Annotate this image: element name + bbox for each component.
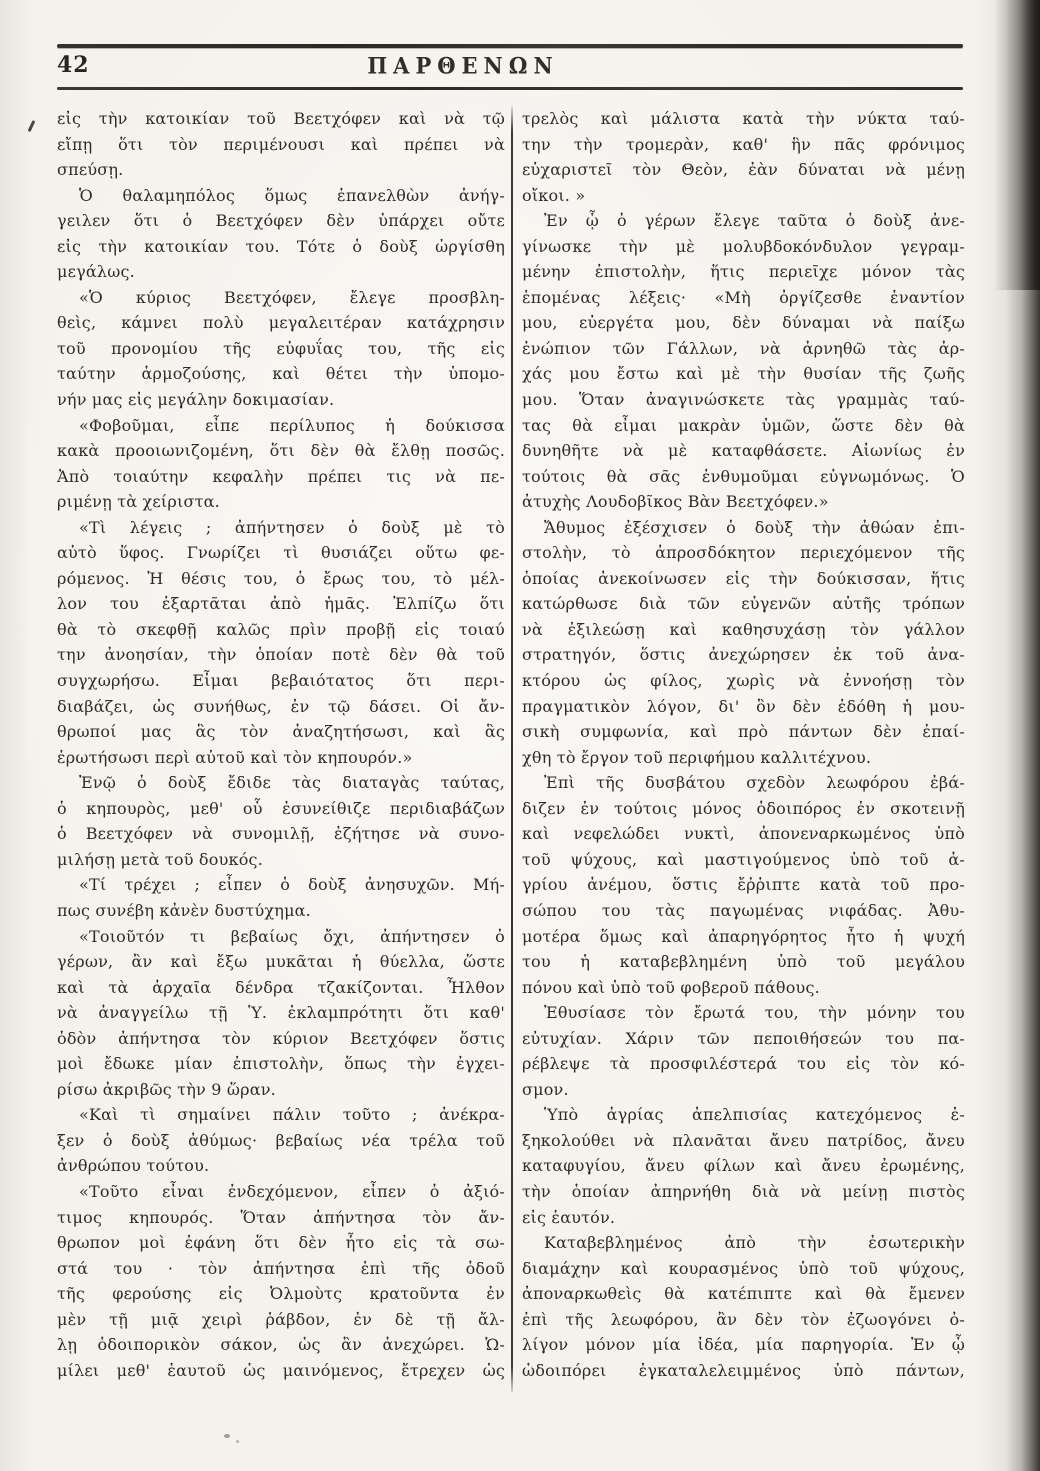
- text-line: γρίου ἀνέμου, ὅστις ἔῤῥιπτε κατὰ τοῦ προ…: [522, 872, 965, 898]
- text-area: εἰς τὴν κατοικίαν τοῦ Βεετχόφεν καὶ νὰ τ…: [57, 106, 965, 1392]
- text-line: Ἐν ᾧ ὁ γέρων ἔλεγε ταῦτα ὁ δοὺξ ἀνε-: [522, 208, 965, 234]
- text-line: εὐχαριστεῖ τὸν Θεὸν, ἐὰν δύναται νὰ μένῃ: [522, 157, 965, 183]
- text-line: ρίσω ἀκριβῶς τὴν 9 ὥραν.: [57, 1077, 505, 1103]
- text-line: Ἄθυμος ἐξέσχισεν ὁ δοὺξ τὴν ἀθώαν ἐπι-: [522, 515, 965, 541]
- text-line: ξηκολούθει νὰ πλανᾶται ἄνευ πατρίδος, ἄν…: [522, 1128, 965, 1154]
- text-line: τας θὰ εἶμαι μακρὰν ὑμῶν, ὥστε δὲν θὰ: [522, 413, 965, 439]
- text-line: γέρων, ἂν καὶ ἔξω μυκᾶται ἡ θύελλα, ὥστε: [57, 949, 505, 975]
- text-line: Καταβεβλημένος ἀπὸ τὴν ἐσωτερικὴν: [522, 1230, 965, 1256]
- text-line: κακὰ προοιωνιζομένη, ὅτι δὲν θὰ ἔλθῃ ποσ…: [57, 438, 505, 464]
- text-line: «Τοῦτο εἶναι ἐνδεχόμενον, εἶπεν ὁ ἀξιό-: [57, 1179, 505, 1205]
- text-line: μὲν τῇ μιᾷ χειρὶ ῥάβδον, ἐν δὲ τῇ ἄλ-: [57, 1307, 505, 1333]
- text-line: καταφυγίου, ἄνευ φίλων καὶ ἄνευ ἐρωμένης…: [522, 1153, 965, 1179]
- text-line: «Τὶ λέγεις ; ἀπήντησεν ὁ δοὺξ μὲ τὸ: [57, 515, 505, 541]
- paragraph: «Τί τρέχει ; εἶπεν ὁ δοὺξ ἀνησυχῶν. Μή-π…: [57, 872, 505, 923]
- paragraph: «Φοβοῦμαι, εἶπε περίλυπος ἡ δούκισσακακὰ…: [57, 413, 505, 515]
- text-line: του ἡ καταβεβλημένη ὑπὸ τοῦ μεγάλου: [522, 949, 965, 975]
- text-line: πραγματικὸν λόγον, δι' ὃν δὲν ἐδόθη ἡ μο…: [522, 694, 965, 720]
- text-line: νὰ ἀναγγείλω τῇ Ὑ. ἐκλαμπρότητι ὅτι καθ': [57, 1000, 505, 1026]
- text-line: λίγον μόνον μία ἰδέα, μία παρηγορία. Ἐν …: [522, 1332, 965, 1358]
- text-line: στρατηγόν, ὅστις ἀνεχώρησεν ἐκ τοῦ ἀνα-: [522, 642, 965, 668]
- scan-edge-shadow-top: [994, 0, 1040, 290]
- text-line: κατώρθωσε διὰ τῶν εὐγενῶν αὐτῆς τρόπων: [522, 591, 965, 617]
- text-line: τρελὸς καὶ μάλιστα κατὰ τὴν νύκτα ταύ-: [522, 106, 965, 132]
- text-line: τούτοις θὰ σᾶς ἐνθυμοῦμαι εὐγνωμόνως. Ὁ: [522, 464, 965, 490]
- text-line: οἴκοι. »: [522, 183, 965, 209]
- paragraph: «Τὶ λέγεις ; ἀπήντησεν ὁ δοὺξ μὲ τὸαὐτὸ …: [57, 515, 505, 770]
- text-line: εὐτυχίαν. Χάριν τῶν πεποιθήσεών του πα-: [522, 1026, 965, 1052]
- text-line: την ἀνοησίαν, τὴν ὁποίαν ποτὲ δὲν θὰ τοῦ: [57, 642, 505, 668]
- text-line: θὰ τὸ σκεφθῇ καλῶς πρὶν προβῇ εἰς τοιαύ: [57, 617, 505, 643]
- text-line: ταύτην ἁρμοζούσης, καὶ θέτει τὴν ὑπομο-: [57, 361, 505, 387]
- text-line: μου, εὐεργέτα μου, δὲν δύναμαι νὰ παίξω: [522, 310, 965, 336]
- text-line: λον του ἐξαρτᾶται ἀπὸ ἡμᾶς. Ἐλπίζω ὅτι: [57, 591, 505, 617]
- text-line: τὴν ὁποίαν ἀπηρνήθη διὰ νὰ μείνῃ πιστὸς: [522, 1179, 965, 1205]
- text-line: θεὶς, κάμνει πολὺ μεγαλειτέραν κατάχρησι…: [57, 310, 505, 336]
- text-line: Ἐπὶ τῆς δυσβάτου σχεδὸν λεωφόρου ἐβά-: [522, 770, 965, 796]
- text-line: τοῦ προνομίου τῆς εὐφυΐας του, τῆς εἰς: [57, 336, 505, 362]
- text-line: καὶ νεφελώδει νυκτὶ, ἀπονεναρκωμένος ὑπὸ: [522, 821, 965, 847]
- text-line: «Ὁ κύριος Βεετχόφεν, ἔλεγε προσβλη-: [57, 285, 505, 311]
- text-line: μίλει μεθ' ἑαυτοῦ ὡς μαινόμενος, ἔτρεχεν…: [57, 1358, 505, 1384]
- text-line: αὐτὸ ὕφος. Γνωρίζει τὶ θυσιάζει οὕτω φε-: [57, 540, 505, 566]
- text-line: ὁ Βεετχόφεν νὰ συνομιλῇ, ἐζήτησε νὰ συνο…: [57, 821, 505, 847]
- paragraph: Ἐπὶ τῆς δυσβάτου σχεδὸν λεωφόρου ἐβά-διζ…: [522, 770, 965, 1000]
- text-line: διζεν ἐν τούτοις μόνος ὁδοιπόρος ἐν σκοτ…: [522, 796, 965, 822]
- text-line: συγχωρήσω. Εἶμαι βεβαιότατος ὅτι περι-: [57, 668, 505, 694]
- text-line: ὁ κηπουρὸς, μεθ' οὗ ἐσυνείθιζε περιδιαβά…: [57, 796, 505, 822]
- text-line: μοὶ ἔδωκε μίαν ἐπιστολὴν, ὅπως τὴν ἐγχει…: [57, 1051, 505, 1077]
- text-line: νήν μας εἰς μεγάλην δοκιμασίαν.: [57, 387, 505, 413]
- text-line: «Τί τρέχει ; εἶπεν ὁ δοὺξ ἀνησυχῶν. Μή-: [57, 872, 505, 898]
- paragraph: «Τοιοῦτόν τι βεβαίως ὄχι, ἀπήντησεν ὁγέρ…: [57, 924, 505, 1103]
- text-line: ἐνώπιον τῶν Γάλλων, νὰ ἀρνηθῶ τὰς ἀρ-: [522, 336, 965, 362]
- text-line: μένην ἐπιστολὴν, ἥτις περιεῖχε μόνον τὰς: [522, 259, 965, 285]
- page-title: ΠΑΡΘΕΝΩΝ: [57, 52, 869, 79]
- text-line: σώπου του τὰς παγωμένας νιφάδας. Ἀθυ-: [522, 898, 965, 924]
- text-line: ἀτυχὴς Λουδοβῖκος Βὰν Βεετχόφεν.»: [522, 489, 965, 515]
- paragraph: «Ὁ κύριος Βεετχόφεν, ἔλεγε προσβλη-θεὶς,…: [57, 285, 505, 413]
- text-line: ρόμενος. Ἡ θέσις του, ὁ ἔρως του, τὸ μέλ…: [57, 566, 505, 592]
- header-rule-bottom: [57, 87, 963, 90]
- scan-speck: [224, 1434, 230, 1438]
- text-line: καὶ τὰ ἀρχαῖα δένδρα τζακίζονται. Ἦλθον: [57, 975, 505, 1001]
- text-line: ἐρωτήσωσι περὶ αὐτοῦ καὶ τὸν κηπουρόν.»: [57, 745, 505, 771]
- text-line: λῃ ὁδοιπορικὸν σάκον, ὡς ἂν ἀνεχώρει. Ὡ-: [57, 1332, 505, 1358]
- paragraph: Ὑπὸ ἀγρίας ἀπελπισίας κατεχόμενος ἐ-ξηκο…: [522, 1102, 965, 1230]
- text-line: εἰς τὴν κατοικίαν τοῦ Βεετχόφεν καὶ νὰ τ…: [57, 106, 505, 132]
- text-line: ρέβλεψε τὰ προσφιλέστερά του εἰς τὸν κό-: [522, 1051, 965, 1077]
- text-line: γειλεν ὅτι ὁ Βεετχόφεν δὲν ὑπάρχει οὔτε: [57, 208, 505, 234]
- text-line: πως συνέβη κἀνὲν δυστύχημα.: [57, 898, 505, 924]
- text-line: θρωπον μοὶ ἐφάνη ὅτι δὲν ἦτο εἰς τὰ σω-: [57, 1230, 505, 1256]
- text-line: σμον.: [522, 1077, 965, 1103]
- text-line: σικὴ συμφωνία, καὶ πρὸ πάντων δὲν ἐπαί-: [522, 719, 965, 745]
- text-line: μεγάλως.: [57, 259, 505, 285]
- text-line: στολὴν, τὸ ἀπροσδόκητον περιεχόμενον τῆς: [522, 540, 965, 566]
- text-line: τοῦ ψύχους, καὶ μαστιγούμενος ὑπὸ τοῦ ἀ-: [522, 847, 965, 873]
- text-line: γίνωσκε τὴν μὲ μολυβδοκόνδυλον γεγραμ-: [522, 234, 965, 260]
- text-line: ἀνθρώπου τούτου.: [57, 1153, 505, 1179]
- paragraph: εἰς τὴν κατοικίαν τοῦ Βεετχόφεν καὶ νὰ τ…: [57, 106, 505, 183]
- text-line: ὡδοιπόρει ἐγκαταλελειμμένος ὑπὸ πάντων,: [522, 1358, 965, 1384]
- column-right: τρελὸς καὶ μάλιστα κατὰ τὴν νύκτα ταύ-τη…: [522, 106, 965, 1383]
- text-line: ὁποίας ἀνεκοίνωσεν εἰς τὴν δούκισσαν, ἥτ…: [522, 566, 965, 592]
- text-line: εἰς ἑαυτόν.: [522, 1205, 965, 1231]
- paragraph: «Καὶ τὶ σημαίνει πάλιν τοῦτο ; ἀνέκρα-ξε…: [57, 1102, 505, 1179]
- text-line: «Τοιοῦτόν τι βεβαίως ὄχι, ἀπήντησεν ὁ: [57, 924, 505, 950]
- text-line: «Καὶ τὶ σημαίνει πάλιν τοῦτο ; ἀνέκρα-: [57, 1102, 505, 1128]
- paragraph: Ὁ θαλαμηπόλος ὅμως ἐπανελθὼν ἀνήγ-γειλεν…: [57, 183, 505, 285]
- text-line: τιμος κηπουρός. Ὅταν ἀπήντησα τὸν ἄν-: [57, 1205, 505, 1231]
- text-line: σπεύσῃ.: [57, 157, 505, 183]
- scan-speck: [28, 120, 35, 132]
- text-line: διαμάχην καὶ κουρασμένος ὑπὸ τοῦ ψύχους,: [522, 1256, 965, 1282]
- paragraph: Καταβεβλημένος ἀπὸ τὴν ἐσωτερικὴνδιαμάχη…: [522, 1230, 965, 1383]
- text-line: δυνηθῆτε νὰ μὲ καταφθάσετε. Αἰωνίως ἐν: [522, 438, 965, 464]
- text-line: διαβάζει, ὡς συνήθως, ἐν τῷ δάσει. Οἱ ἄν…: [57, 694, 505, 720]
- text-line: τῆς φερούσης εἰς Ὀλμοὺτς κρατοῦντα ἐν: [57, 1281, 505, 1307]
- text-line: κτόρου ὡς φίλος, χωρὶς νὰ ἐννοήσῃ τὸν: [522, 668, 965, 694]
- text-line: ἀποναρκωθεὶς θὰ κατέπιπτε καὶ θὰ ἔμενεν: [522, 1281, 965, 1307]
- paragraph: «Τοῦτο εἶναι ἐνδεχόμενον, εἶπεν ὁ ἀξιό-τ…: [57, 1179, 505, 1383]
- header-rule-top: [57, 44, 963, 48]
- text-line: θρωποί μας ἃς τὸν ἀναζητήσωσι, καὶ ἃς: [57, 719, 505, 745]
- text-line: ξεν ὁ δοὺξ ἀθύμως· βεβαίως νέα τρέλα τοῦ: [57, 1128, 505, 1154]
- scanned-book-page: 42 ΠΑΡΘΕΝΩΝ εἰς τὴν κατοικίαν τοῦ Βεετχό…: [0, 0, 1040, 1471]
- text-line: ριμένῃ τὰ χείριστα.: [57, 489, 505, 515]
- paragraph: Ἐθυσίασε τὸν ἔρωτά του, τὴν μόνην τουεὐτ…: [522, 1000, 965, 1102]
- text-line: Ὁ θαλαμηπόλος ὅμως ἐπανελθὼν ἀνήγ-: [57, 183, 505, 209]
- column-divider: [511, 106, 513, 1392]
- text-line: πόνου καὶ ὑπὸ τοῦ φοβεροῦ πάθους.: [522, 975, 965, 1001]
- text-line: Ὑπὸ ἀγρίας ἀπελπισίας κατεχόμενος ἐ-: [522, 1102, 965, 1128]
- text-line: Ἐθυσίασε τὸν ἔρωτά του, τὴν μόνην του: [522, 1000, 965, 1026]
- text-line: ἑπομένας λέξεις· «Μὴ ὀργίζεσθε ἐναντίον: [522, 285, 965, 311]
- paragraph: Ἄθυμος ἐξέσχισεν ὁ δοὺξ τὴν ἀθώαν ἐπι-στ…: [522, 515, 965, 770]
- text-line: νὰ ἐξιλεώσῃ καὶ καθησυχάσῃ τὸν γάλλον: [522, 617, 965, 643]
- text-line: εἰς τὴν κατοικίαν του. Τότε ὁ δοὺξ ὠργίσ…: [57, 234, 505, 260]
- text-line: χθη τὸ ἔργον τοῦ περιφήμου καλλιτέχνου.: [522, 745, 965, 771]
- text-line: Ἀπὸ τοιαύτην κεφαλὴν πρέπει τις νὰ πε-: [57, 464, 505, 490]
- scan-speck: [236, 1440, 239, 1443]
- paragraph: Ἐνῷ ὁ δοὺξ ἔδιδε τὰς διαταγὰς ταύτας,ὁ κ…: [57, 770, 505, 872]
- text-line: στά του · τὸν ἀπήντησα ἐπὶ τῆς ὁδοῦ: [57, 1256, 505, 1282]
- text-line: μοτέρα ὅμως καὶ ἀπαρηγόρητος ἦτο ἡ ψυχή: [522, 924, 965, 950]
- text-line: Ἐνῷ ὁ δοὺξ ἔδιδε τὰς διαταγὰς ταύτας,: [57, 770, 505, 796]
- text-line: χάς μου ἔστω καὶ μὲ τὴν θυσίαν τῆς ζωῆς: [522, 361, 965, 387]
- text-line: ὁδὸν ἀπήντησα τὸν κύριον Βεετχόφεν ὅστις: [57, 1026, 505, 1052]
- text-line: «Φοβοῦμαι, εἶπε περίλυπος ἡ δούκισσα: [57, 413, 505, 439]
- text-line: μιλήσῃ μετὰ τοῦ δουκός.: [57, 847, 505, 873]
- column-left: εἰς τὴν κατοικίαν τοῦ Βεετχόφεν καὶ νὰ τ…: [57, 106, 505, 1383]
- paragraph: Ἐν ᾧ ὁ γέρων ἔλεγε ταῦτα ὁ δοὺξ ἀνε-γίνω…: [522, 208, 965, 515]
- paragraph: τρελὸς καὶ μάλιστα κατὰ τὴν νύκτα ταύ-τη…: [522, 106, 965, 208]
- text-line: ἐπὶ τῆς λεωφόρου, ἂν δὲν τὸν ἐζωογόνει ὀ…: [522, 1307, 965, 1333]
- text-line: την τὴν τρομερὰν, καθ' ἣν πᾶς φρόνιμος: [522, 132, 965, 158]
- text-line: εἴπῃ ὅτι τὸν περιμένουσι καὶ πρέπει νὰ: [57, 132, 505, 158]
- text-line: μου. Ὅταν ἀναγινώσκετε τὰς γραμμὰς ταύ-: [522, 387, 965, 413]
